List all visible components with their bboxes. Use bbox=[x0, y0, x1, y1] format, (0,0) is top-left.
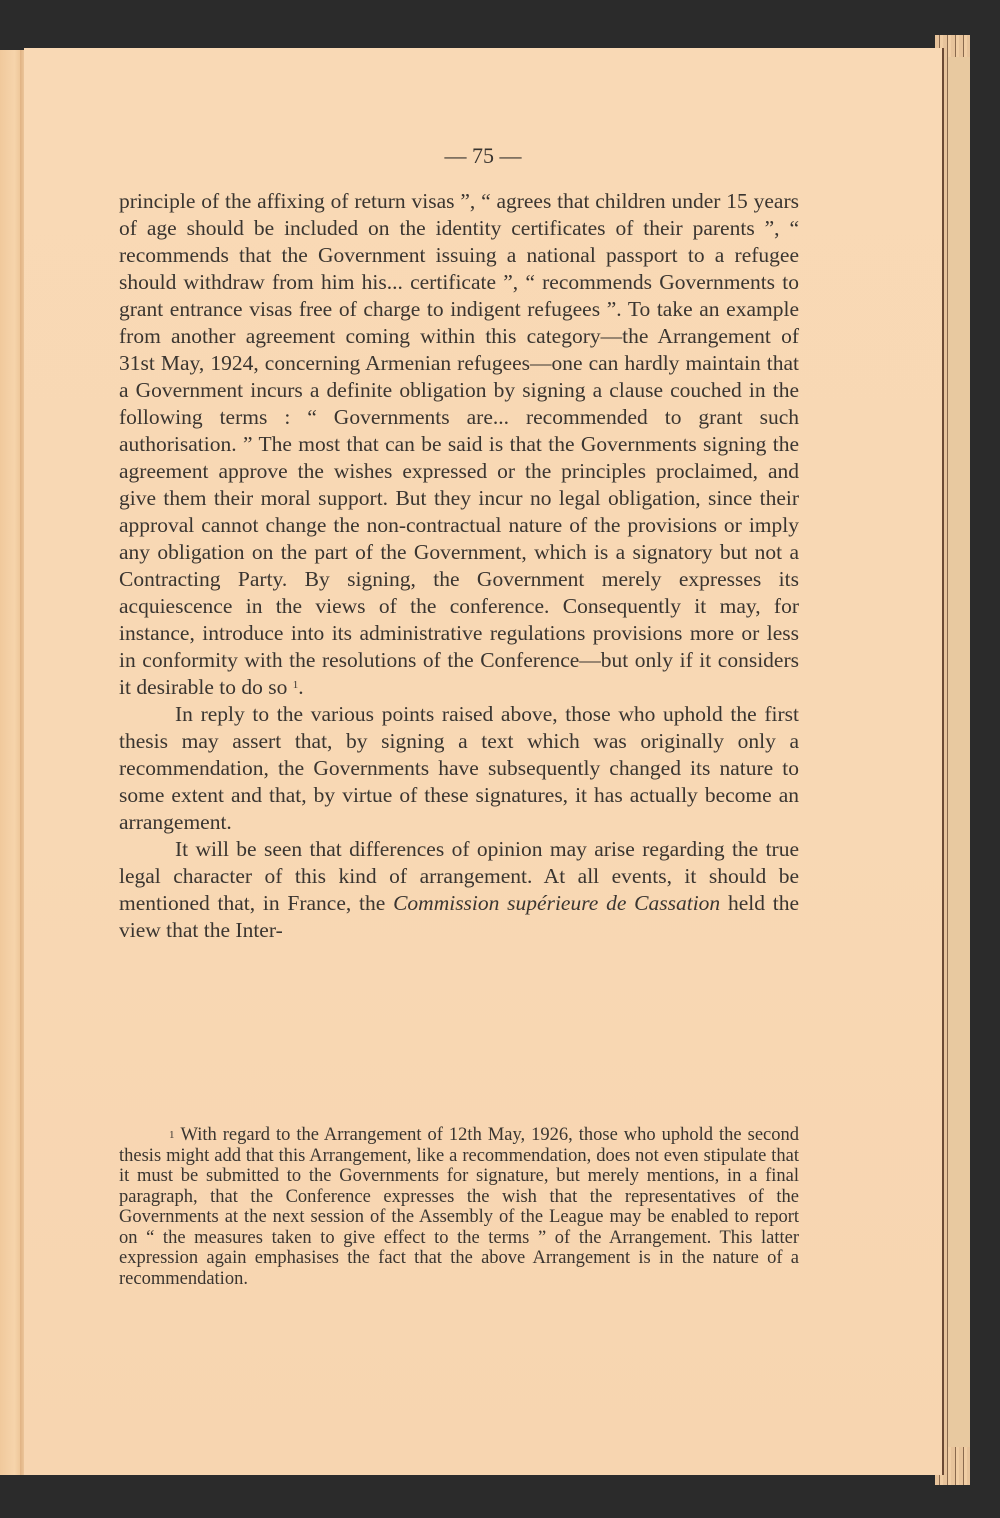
paragraph-2: In reply to the various points raised ab… bbox=[119, 701, 799, 836]
loose-sheet-edge bbox=[948, 57, 970, 1447]
paragraph-1-end: . bbox=[298, 675, 303, 699]
paragraph-1-text: principle of the affixing of return visa… bbox=[119, 189, 799, 699]
footnote-marker: 1 bbox=[169, 1129, 175, 1141]
body-text: principle of the affixing of return visa… bbox=[119, 188, 799, 944]
footnote: 1 With regard to the Arrangement of 12th… bbox=[119, 1125, 799, 1289]
italic-term: Commission supérieure de Cassation bbox=[393, 891, 720, 915]
paragraph-1: principle of the affixing of return visa… bbox=[119, 188, 799, 701]
paragraph-3: It will be seen that differences of opin… bbox=[119, 836, 799, 944]
footnote-reference: 1 bbox=[293, 679, 299, 691]
footnote-text: With regard to the Arrangement of 12th M… bbox=[119, 1125, 799, 1289]
page-number: — 75 — bbox=[24, 143, 942, 169]
book-page: — 75 — principle of the affixing of retu… bbox=[24, 48, 944, 1475]
